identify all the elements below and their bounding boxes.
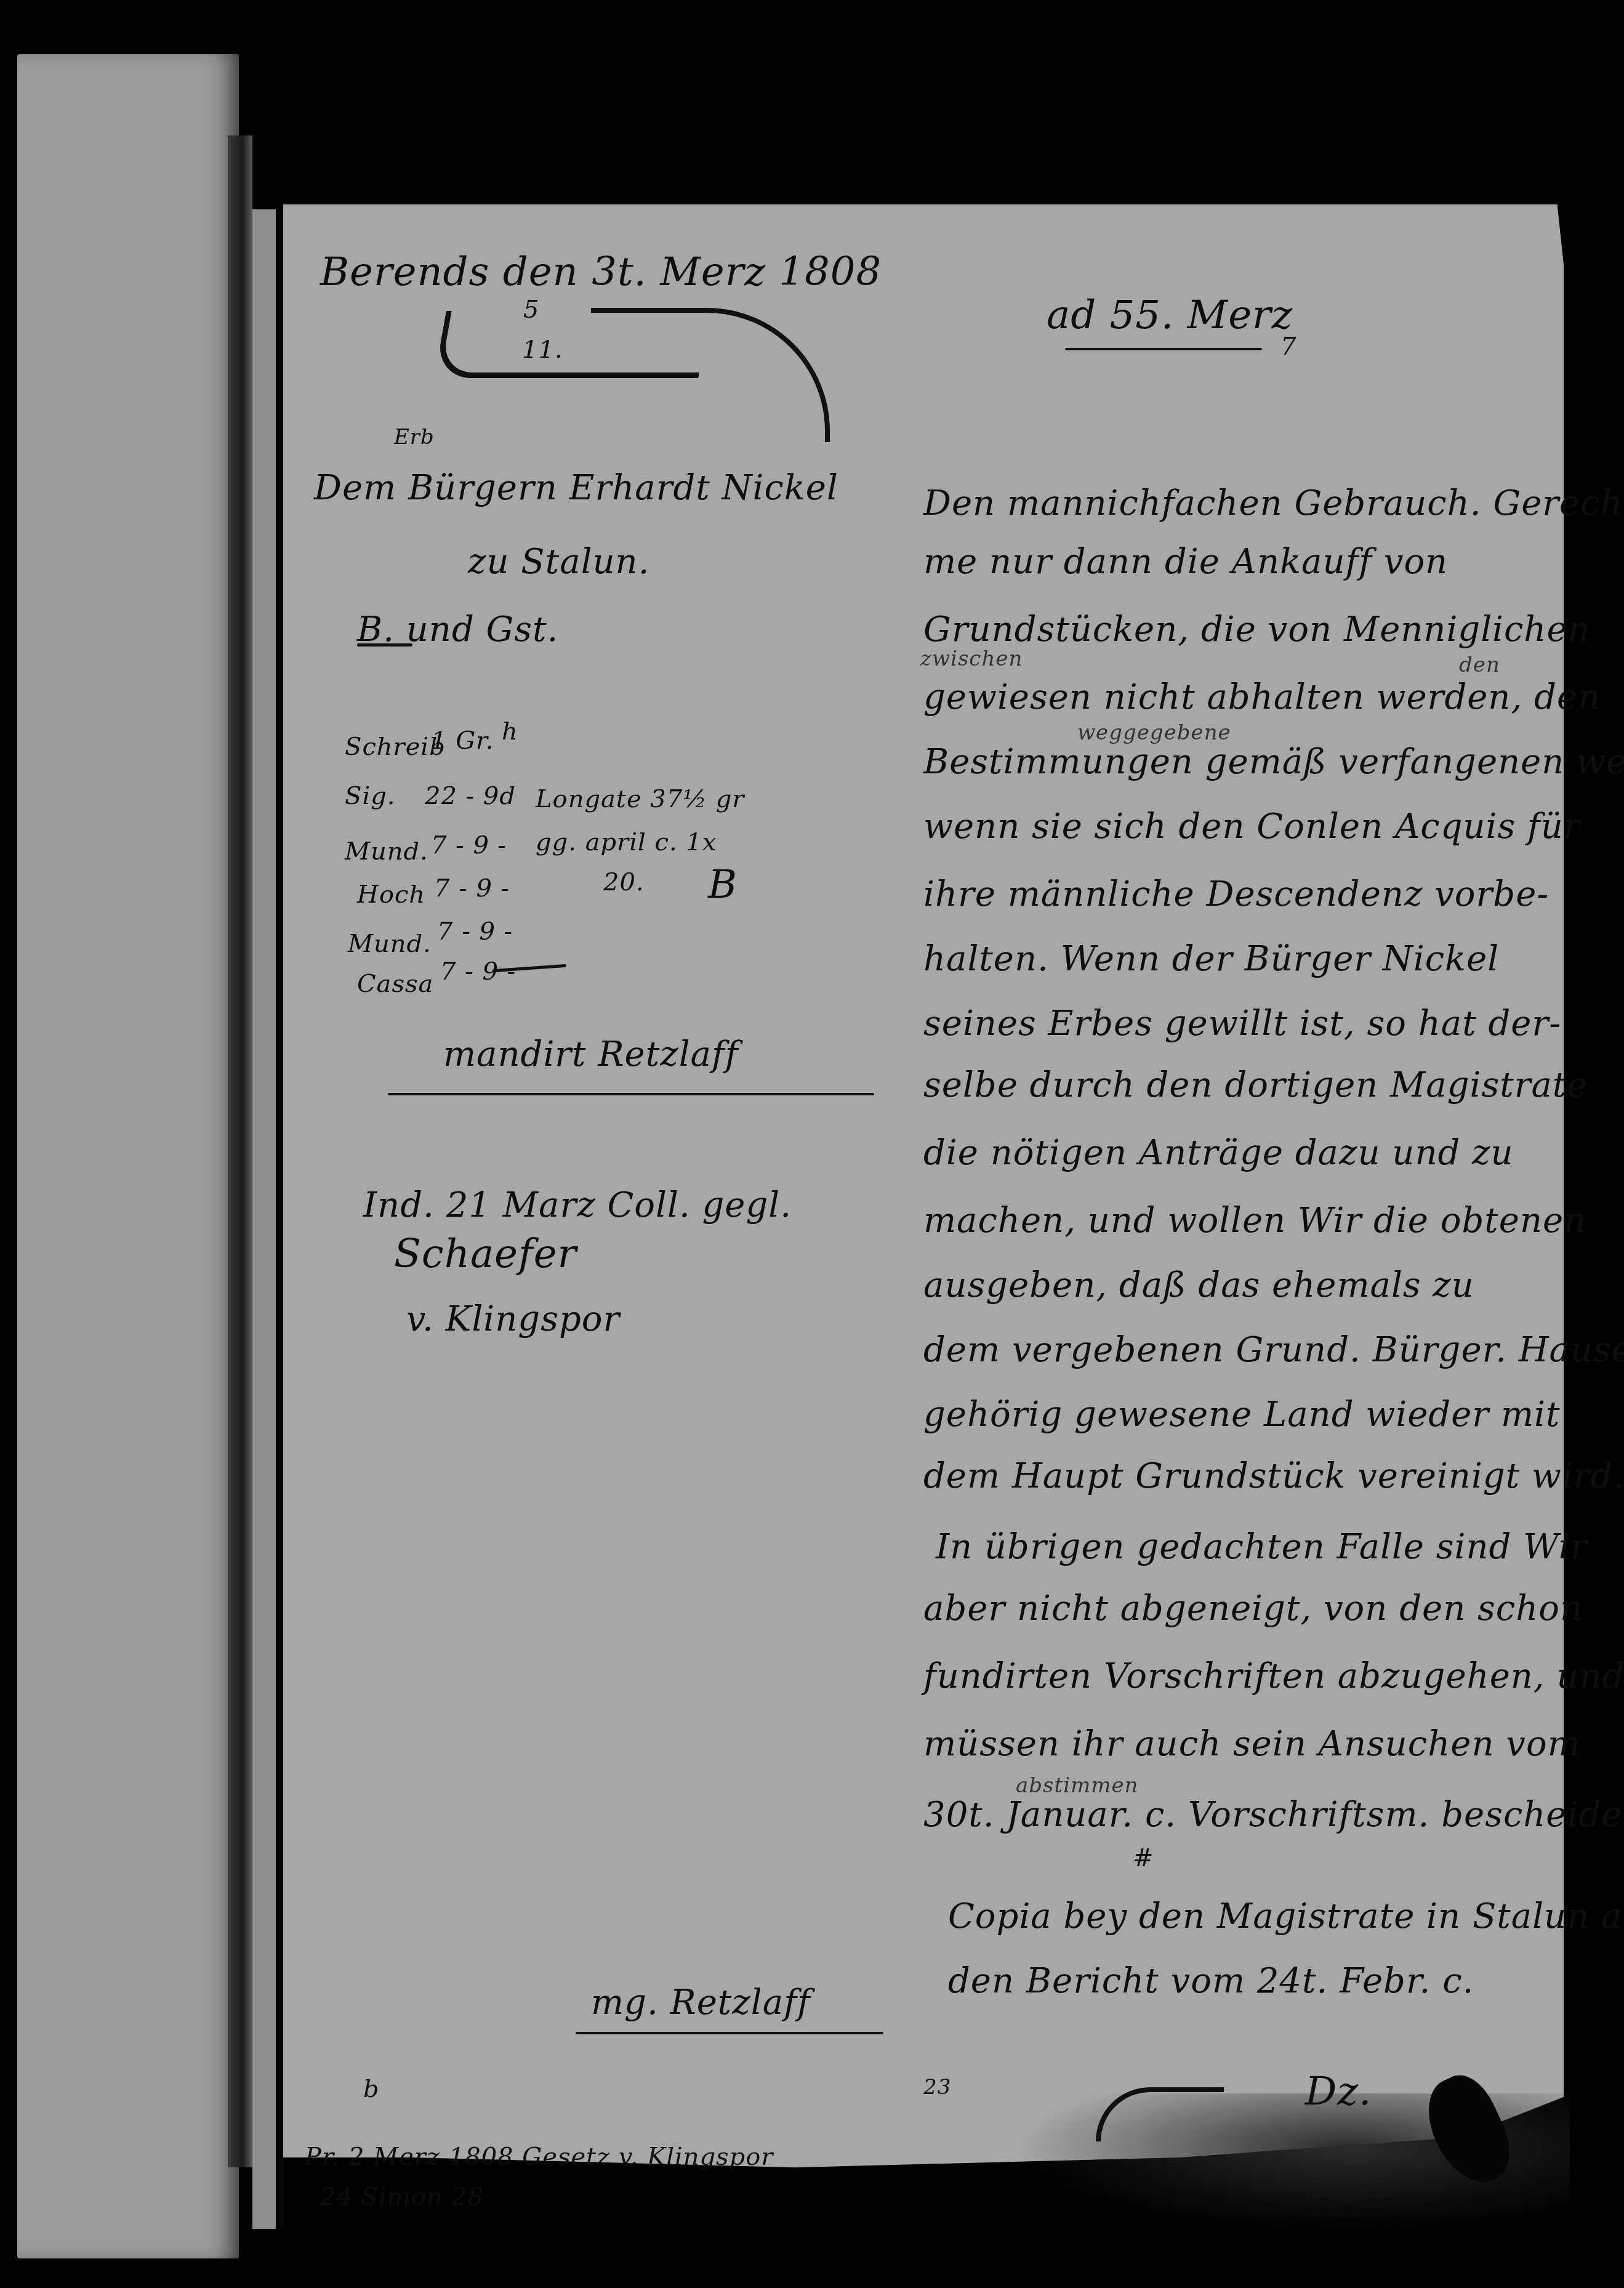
fee-label: Hoch <box>357 880 425 909</box>
body-line: seines Erbes gewillt ist, so hat der- <box>923 1004 1561 1044</box>
body-line: gehörig gewesene Land wieder mit <box>923 1395 1560 1435</box>
body-line: 30t. Januar. c. Vorschriftsm. bescheiden… <box>923 1795 1624 1835</box>
addressee-superscript: Erb <box>394 425 435 449</box>
fee-amount: 7 - 9 - <box>440 957 516 986</box>
body-line: die nötigen Anträge dazu und zu <box>923 1133 1514 1173</box>
body-line: wenn sie sich den Conlen Acquis für <box>923 807 1581 847</box>
initials-mark: Dz. <box>1305 2069 1372 2114</box>
footer-note-line-1: Pr. 2 Merz 1808 Gesetz v. Klingspor <box>305 2143 773 2171</box>
fee-note-mark: B <box>708 862 738 908</box>
body-line: In übrigen gedachten Falle sind Wir <box>936 1527 1587 1567</box>
body-line: machen, und wollen Wir die obtenen <box>923 1201 1586 1241</box>
body-line: me nur dann die Ankauff von <box>923 542 1448 582</box>
fee-amount: 7 - 9 - <box>437 917 513 946</box>
interlinear-note: weggegebene <box>1077 720 1231 745</box>
fee-marker: h <box>502 717 518 746</box>
footer-note-line-2: 24 Simon 28 <box>320 2183 484 2211</box>
section-mark: # <box>1133 1844 1154 1872</box>
heading-underline <box>1065 348 1262 350</box>
fee-note-line-3: 20. <box>603 868 645 896</box>
dispatch-note-line-3: v. Klingspor <box>406 1299 620 1339</box>
fee-note-line-2: gg. april c. 1x <box>536 828 717 856</box>
fee-note-line-1: Longate 37½ gr <box>536 785 744 813</box>
body-line: Grundstücken, die von Menniglichen <box>923 610 1591 650</box>
body-line: selbe durch den dortigen Magistrate <box>923 1065 1588 1105</box>
addressee-line: Dem Bürgern Erhardt Nickel <box>314 468 838 508</box>
body-line: den Bericht vom 24t. Febr. c. <box>948 1961 1474 2001</box>
fee-amount: 1 Gr. <box>431 727 494 755</box>
page-number: 23 <box>923 2075 951 2100</box>
spine-strip <box>252 209 277 2229</box>
right-heading-sup: 7 <box>1280 332 1296 361</box>
lower-signature: mg. Retzlaff <box>591 1983 811 2023</box>
dispatch-note-line-2: Schaefer <box>394 1231 577 1277</box>
body-line: müssen ihr auch sein Ansuchen vom <box>923 1724 1581 1764</box>
footer-note-top: b <box>363 2075 380 2103</box>
body-line: Copia bey den Magistrate in Stalun auf <box>948 1896 1624 1936</box>
body-line: gewiesen nicht abhalten werden, den <box>923 677 1601 717</box>
fee-label: Cassa <box>357 970 433 998</box>
signature-underline <box>388 1093 874 1095</box>
lower-signature-underline <box>576 2032 883 2034</box>
body-line: fundirten Vorschriften abzugehen, und <box>923 1656 1624 1696</box>
binding-edge <box>228 135 252 2167</box>
dispatch-note-line-1: Ind. 21 Marz Coll. gegl. <box>363 1185 792 1225</box>
header-date-line: Berends den 3t. Merz 1808 <box>320 249 882 295</box>
signature-line: mandirt Retzlaff <box>443 1034 738 1074</box>
fee-amount: 7 - 9 - <box>434 874 510 903</box>
right-heading: ad 55. Merz <box>1047 292 1293 338</box>
body-line: ausgeben, daß das ehemals zu <box>923 1265 1474 1305</box>
subject-underline <box>357 643 412 647</box>
interlinear-note: abstimmen <box>1016 1773 1139 1798</box>
body-line: Bestimmungen gemäß verfangenen werden, <box>923 742 1624 782</box>
fee-label: Mund. <box>348 930 432 958</box>
fee-amount: 7 - 9 - <box>431 831 507 860</box>
body-line: ihre männliche Descendenz vorbe- <box>923 874 1549 914</box>
fee-amount: 22 - 9d <box>425 782 516 810</box>
spine-shadow-line <box>276 209 284 2229</box>
body-line: aber nicht abgeneigt, von den schon <box>923 1589 1583 1629</box>
body-line: halten. Wenn der Bürger Nickel <box>923 939 1499 979</box>
body-line: dem Haupt Grundstück vereinigt wird. <box>923 1456 1624 1496</box>
body-line: Den mannichfachen Gebrauch. Gerechtsa- <box>923 483 1624 523</box>
interlinear-note: den <box>1459 653 1500 677</box>
addressee-place: zu Stalun. <box>468 542 649 582</box>
body-line: dem vergebenen Grund. Bürger. Hause <box>923 1330 1624 1370</box>
interlinear-note: zwischen <box>920 647 1023 671</box>
fee-label: Mund. <box>345 837 428 866</box>
backing-board <box>17 54 239 2258</box>
fee-label: Sig. <box>345 782 396 810</box>
